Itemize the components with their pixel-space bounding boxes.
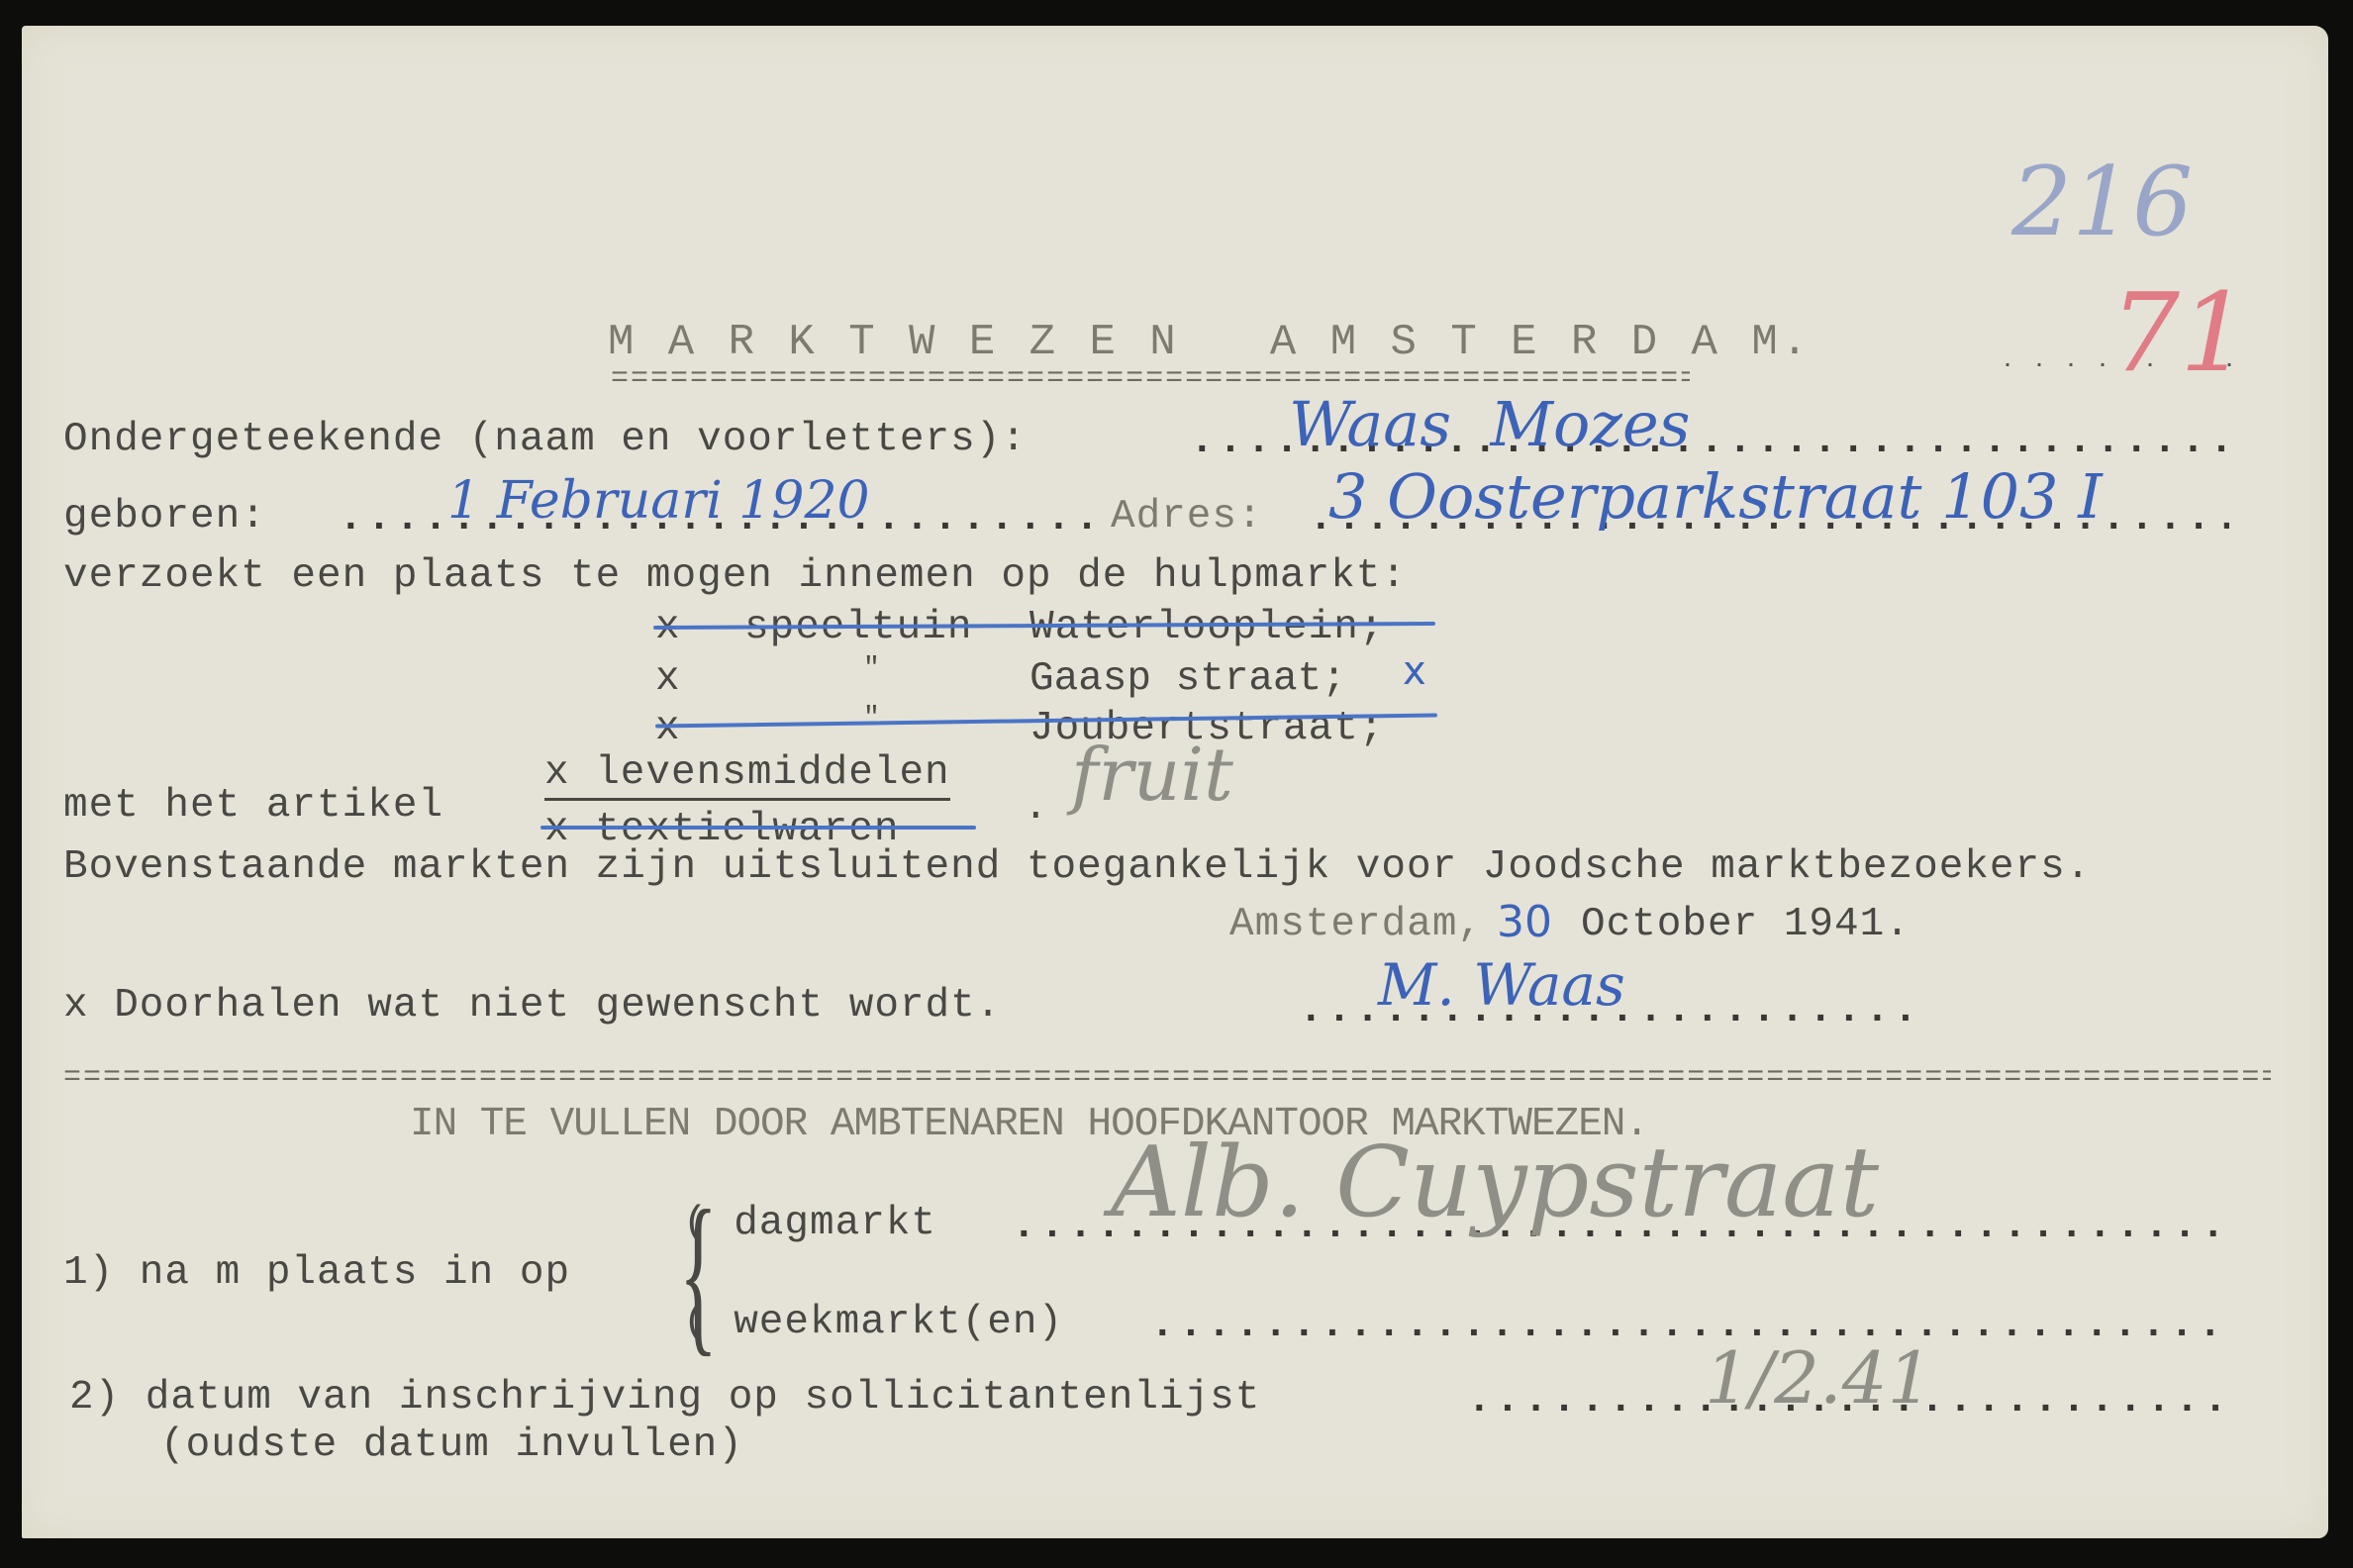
signature-field[interactable]: M. Waas	[1378, 956, 1625, 1014]
item2-sublabel: (oudste datum invullen)	[160, 1425, 743, 1466]
item1-label: 1) na m plaats in op	[63, 1253, 570, 1294]
article-label: met het artikel	[63, 786, 443, 827]
article-option-levensmiddelen[interactable]: x levensmiddelen	[544, 753, 950, 801]
market-option-ditto: "	[863, 655, 881, 683]
address-field[interactable]: 3 Oosterparkstraat 103 I	[1328, 466, 2103, 528]
day-field[interactable]: 30	[1497, 901, 1552, 944]
request-text: verzoekt een plaats te mogen innemen op …	[63, 556, 1407, 597]
name-field[interactable]: Waas Mozes	[1289, 394, 1690, 455]
archive-number-blue: 216	[2011, 154, 2193, 249]
birth-label: geboren:	[63, 497, 266, 538]
selected-x-mark: x	[1403, 651, 1426, 691]
jewish-only-notice: Bovenstaande markten zijn uitsluitend to…	[63, 847, 2091, 888]
article-note[interactable]: fruit	[1071, 738, 1233, 812]
market-option-name: Waterlooplein;	[1029, 608, 1384, 648]
item2-label: 2) datum van inschrijving op sollicitant…	[69, 1378, 1260, 1419]
market-application-form: 216 71 . . . . . . M A R K T W E Z E N A…	[22, 26, 2328, 1538]
market-option-marker: x	[655, 709, 681, 749]
weekmarkt-dots: ........................................…	[1150, 1306, 2229, 1346]
birth-date-field[interactable]: 1 Februari 1920	[447, 475, 870, 527]
article-period: .	[1024, 788, 1049, 829]
form-title: M A R K T W E Z E N A M S T E R D A M.	[608, 321, 1812, 364]
dagmarkt-label: ( dagmarkt	[683, 1204, 936, 1244]
strike-instruction-footnote: x Doorhalen wat niet gewenscht wordt.	[63, 986, 1001, 1027]
address-label: Adres:	[1111, 497, 1263, 538]
archive-number-dots: . . . . . .	[2002, 352, 2259, 372]
market-option-name: Gaasp straat;	[1029, 659, 1346, 700]
place-date-prefix: Amsterdam,	[1229, 905, 1483, 945]
market-option-marker: x	[655, 659, 681, 700]
registration-date-field[interactable]: 1/2.41	[1705, 1342, 1932, 1414]
market-option-ditto: "	[863, 705, 881, 733]
place-date-suffix: October 1941.	[1581, 905, 1911, 945]
weekmarkt-label: ( weekmarkt(en)	[683, 1303, 1063, 1343]
dagmarkt-field[interactable]: Alb. Cuypstraat	[1111, 1134, 1879, 1231]
name-label: Ondergeteekende (naam en voorletters):	[63, 420, 1027, 460]
section-separator: ========================================…	[63, 1063, 2271, 1093]
strikethrough-line	[540, 826, 976, 830]
